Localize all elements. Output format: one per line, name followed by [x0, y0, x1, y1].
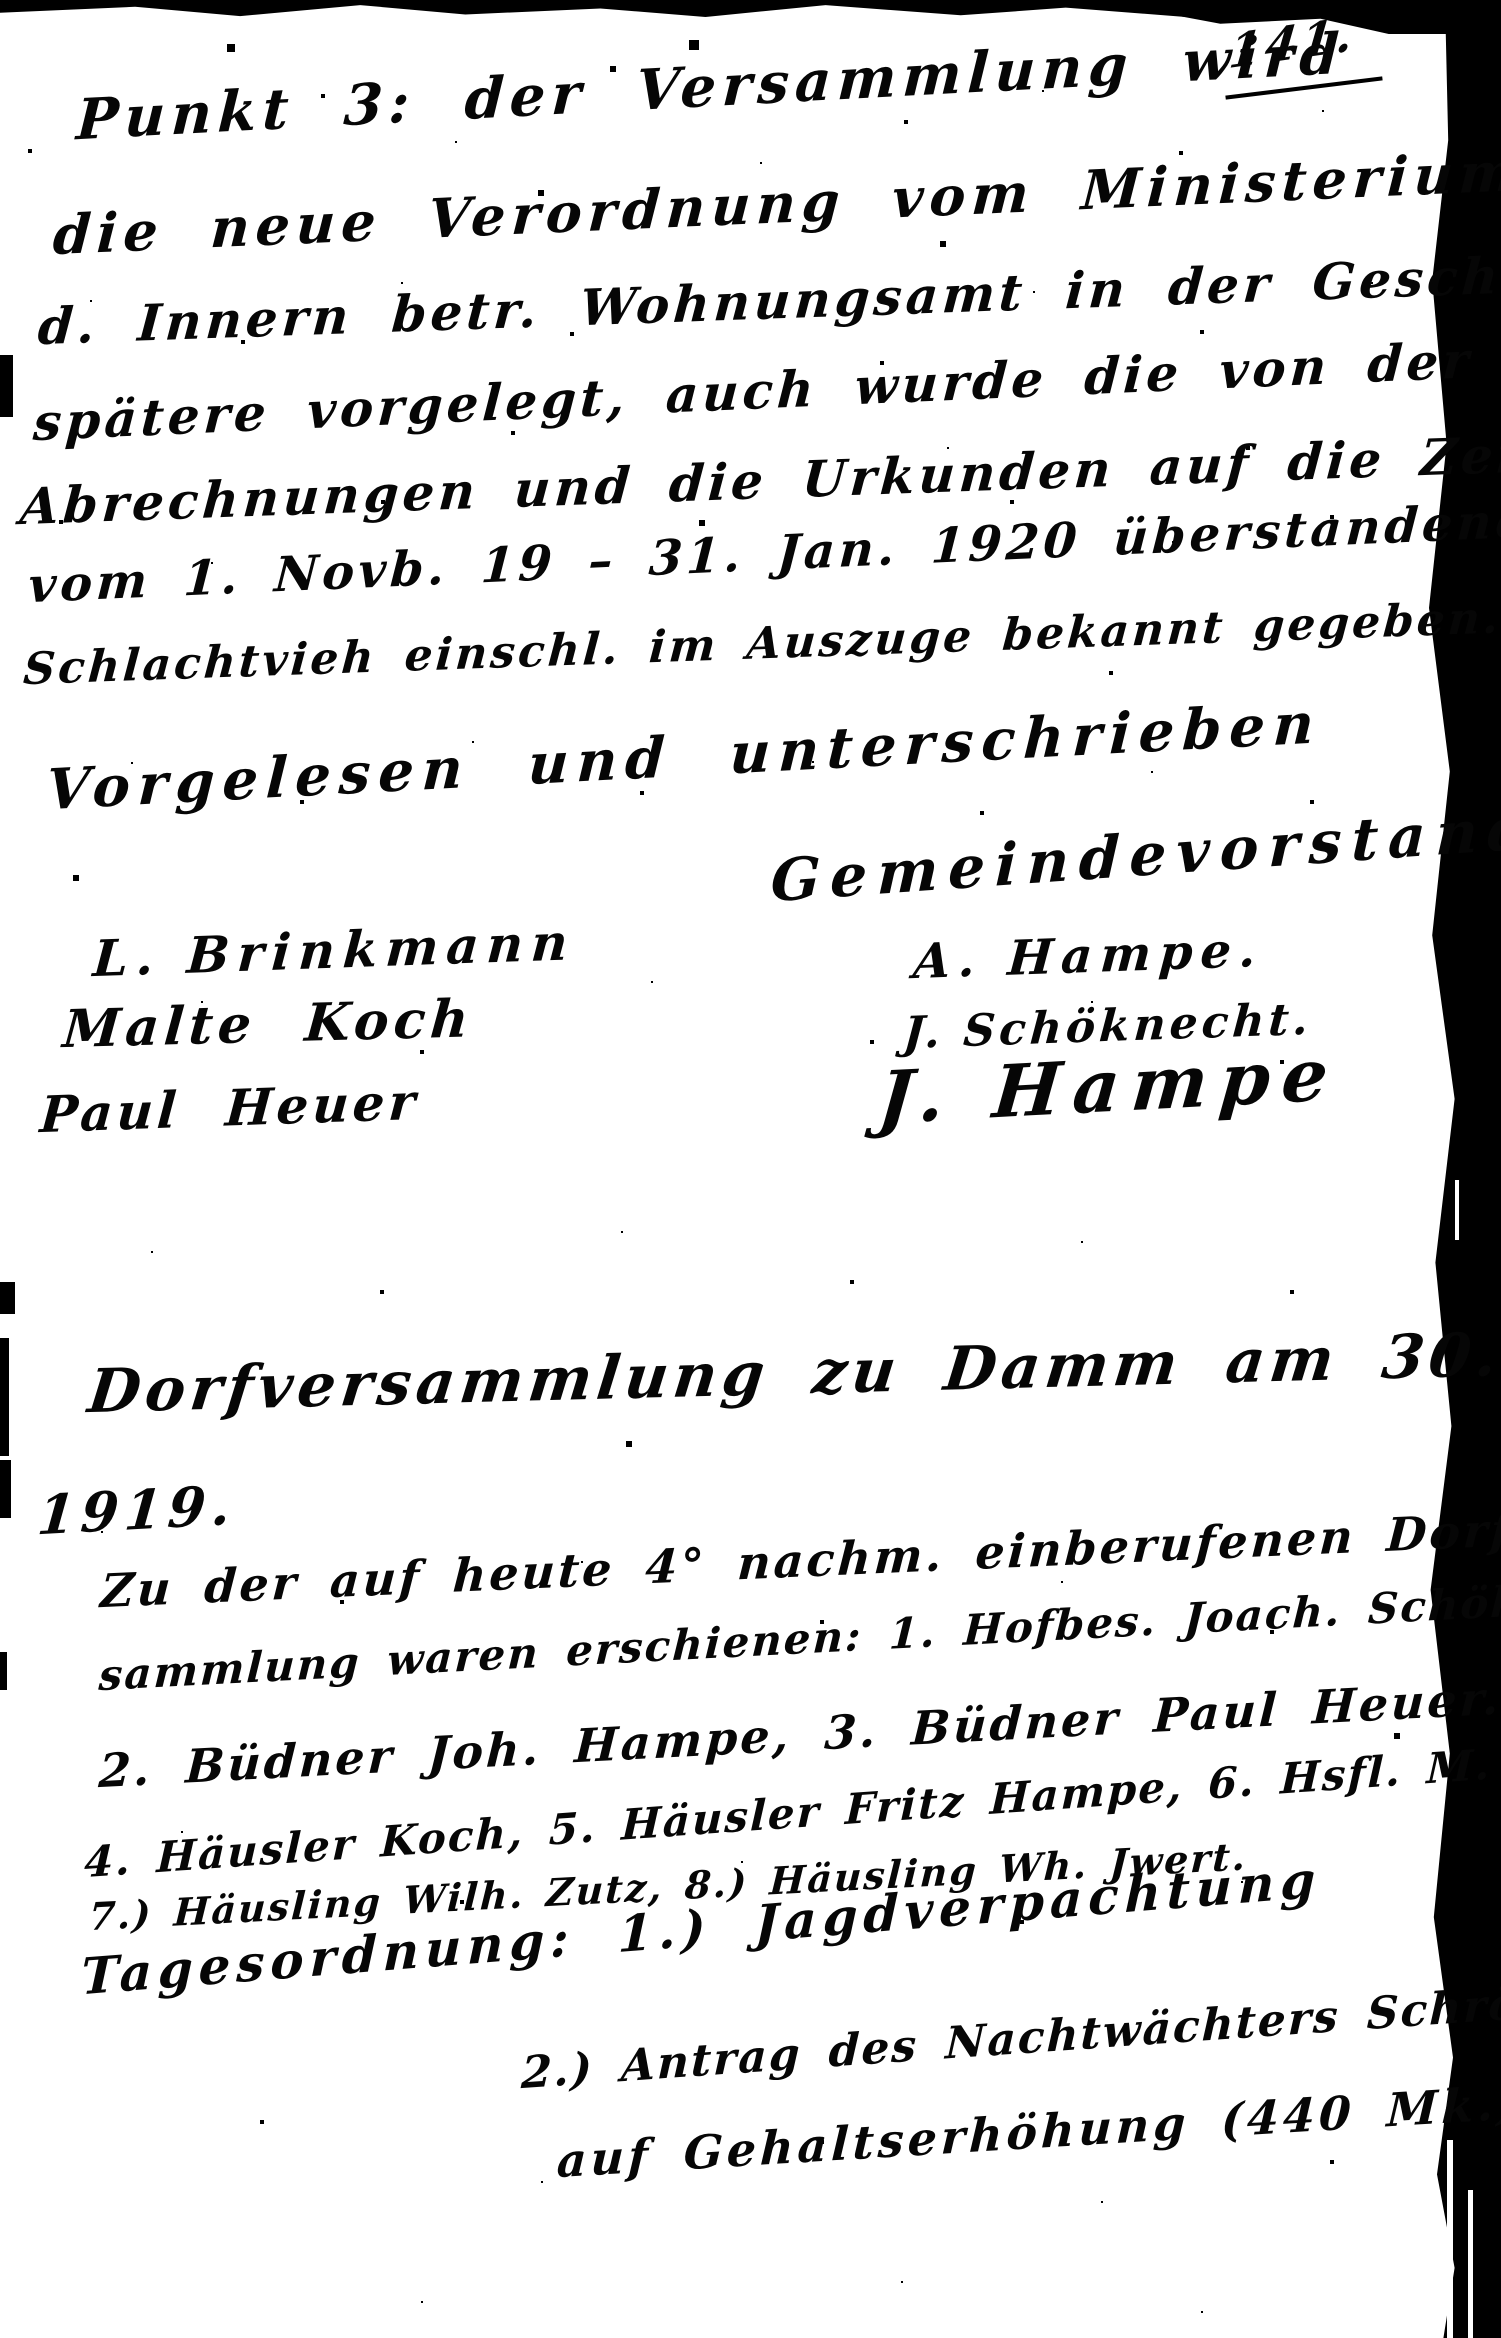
meeting-heading: Dorfversammlung zu Damm am 30. Dezbr. [85, 1317, 1501, 1422]
punkt3-line-3: d. Innern betr. Wohnungsamt in der Gesch… [36, 250, 1501, 352]
punkt3-line-1: Punkt 3: der Versammlung wird [75, 26, 1346, 149]
closing-authority: Gemeindevorstand [770, 798, 1501, 910]
meeting-year: 1919. [35, 1478, 239, 1543]
scan-border-gap [1447, 2140, 1453, 2338]
punkt3-line-7: Schlachtvieh einschl. im Auszuge bekannt… [22, 596, 1501, 692]
scan-edge-mark [0, 1460, 11, 1518]
punkt3-line-4: spätere vorgelegt, auch wurde die von de… [32, 335, 1474, 448]
signature-right-1: A. Hampe. [912, 926, 1266, 986]
scan-edge-mark [0, 1282, 15, 1314]
scan-edge-mark [0, 1652, 7, 1690]
closing-statement: Vorgelesen und unterschrieben [45, 695, 1323, 818]
signature-left-2: Malte Koch [61, 993, 475, 1056]
scan-edge-mark [0, 355, 13, 417]
signature-left-1: L. Brinkmann [91, 917, 577, 984]
scan-border-gap [1468, 2190, 1473, 2338]
meeting-line-8: auf Gehaltserhöhung (440 Mk.) [556, 2079, 1501, 2184]
meeting-line-7: 2.) Antrag des Nachtwächters Schröder [520, 1976, 1501, 2096]
scan-border-gap [1455, 1180, 1459, 1240]
signature-left-3: Paul Heuer [38, 1077, 420, 1140]
punkt3-line-2: die neue Verordnung vom Ministerium [52, 144, 1501, 262]
document-scan: { "page_number": "141.", "punkt3": { "li… [0, 0, 1501, 2338]
signature-right-3: J. Hampe [876, 1038, 1343, 1135]
scanned-page: 141. Punkt 3: der Versammlung wird die n… [0, 0, 1501, 2338]
scan-edge-mark [0, 1338, 9, 1456]
